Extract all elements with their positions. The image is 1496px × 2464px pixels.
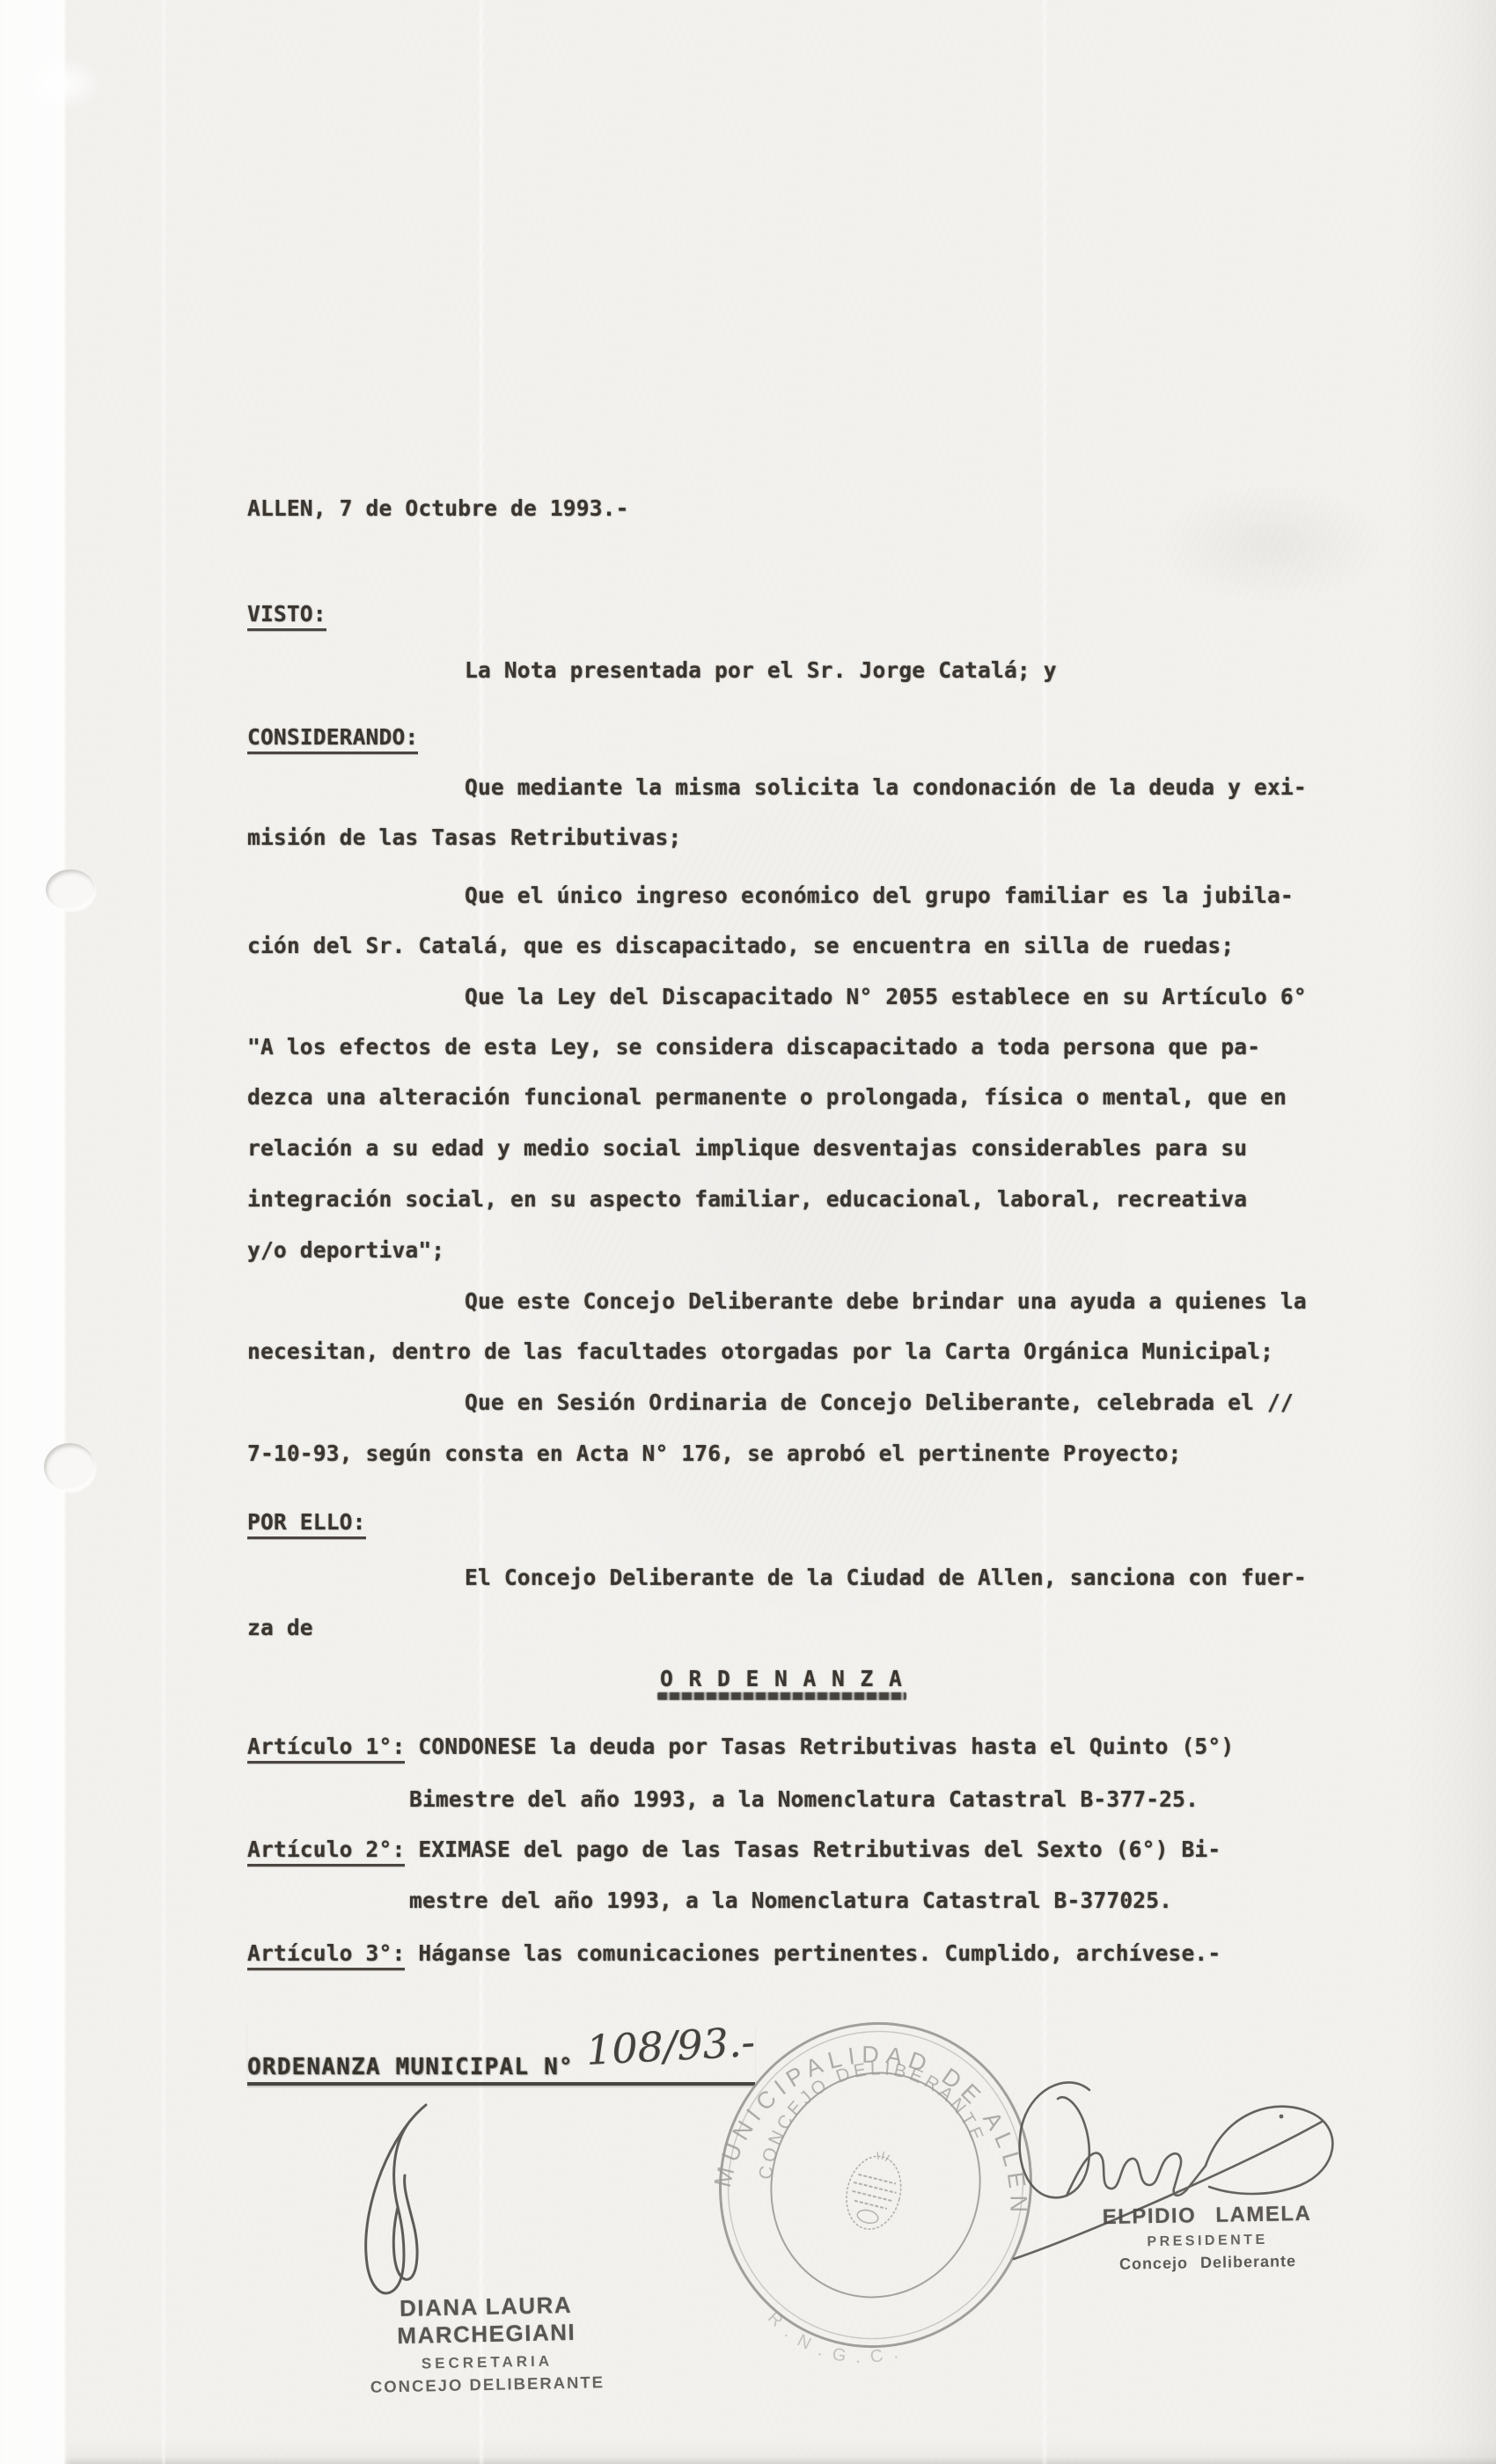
typed-line: ALLEN, 7 de Octubre de 1993.- xyxy=(247,495,629,521)
president-stamp: ELPIDIO LAMELA PRESIDENTE Concejo Delibe… xyxy=(1057,2201,1357,2275)
typed-line: Bimestre del año 1993, a la Nomenclatura… xyxy=(409,1786,1199,1812)
typed-line: Que el único ingreso económico del grupo… xyxy=(465,883,1294,908)
typed-line: za de xyxy=(247,1615,313,1640)
punch-hole-top xyxy=(46,869,95,910)
typed-line: Que mediante la misma solicita la condon… xyxy=(465,774,1307,800)
seal-inner-text: CONCEJO DELIBERANTE xyxy=(754,2033,1001,2230)
typed-line: dezca una alteración funcional permanent… xyxy=(247,1084,1287,1110)
seal-emblem xyxy=(840,2145,910,2235)
scanned-ordinance-page: ALLEN, 7 de Octubre de 1993.-VISTO:La No… xyxy=(0,0,1496,2464)
typed-line: Que este Concejo Deliberante debe brinda… xyxy=(465,1288,1307,1314)
typed-line: integración social, en su aspecto famili… xyxy=(247,1186,1247,1212)
secretary-stamp: DIANA LAURA MARCHEGIANI SECRETARIA CONCE… xyxy=(313,2290,660,2398)
secretary-name: DIANA LAURA MARCHEGIANI xyxy=(313,2290,659,2351)
president-name: ELPIDIO LAMELA xyxy=(1057,2201,1356,2231)
ordenanza-title-underline xyxy=(657,1692,906,1700)
typed-line: 7-10-93, según consta en Acta N° 176, se… xyxy=(247,1441,1181,1466)
president-title: PRESIDENTE xyxy=(1058,2231,1357,2252)
typed-line: mestre del año 1993, a la Nomenclatura C… xyxy=(409,1888,1172,1913)
punch-hole-bottom xyxy=(44,1443,95,1491)
typed-line: "A los efectos de esta Ley, se considera… xyxy=(247,1034,1260,1060)
typed-line: ción del Sr. Catalá, que es discapacitad… xyxy=(247,933,1234,958)
ordinance-number-line: ORDENANZA MUNICIPAL N°108/93.- xyxy=(247,2024,755,2086)
typed-line: Artículo 3°: Háganse las comunicaciones … xyxy=(247,1940,1221,1966)
typed-line: CONSIDERANDO: xyxy=(247,724,418,750)
svg-text:CONCEJO DELIBERANTE: CONCEJO DELIBERANTE xyxy=(754,2033,1001,2230)
typed-line: La Nota presentada por el Sr. Jorge Cata… xyxy=(465,657,1057,683)
typed-line: relación a su edad y medio social impliq… xyxy=(247,1135,1247,1161)
typed-line: Que en Sesión Ordinaria de Concejo Delib… xyxy=(465,1390,1294,1415)
seal-bottom-text: R.N.G.C. xyxy=(758,2306,914,2382)
typed-line: Que la Ley del Discapacitado N° 2055 est… xyxy=(465,984,1307,1009)
typed-line: Artículo 2°: EXIMASE del pago de las Tas… xyxy=(247,1837,1221,1862)
typed-line: O R D E N A N Z A xyxy=(660,1666,903,1691)
typed-line: Artículo 1°: CONDONESE la deuda por Tasa… xyxy=(247,1734,1234,1759)
typed-line: y/o deportiva"; xyxy=(247,1237,444,1263)
typed-line: necesitan, dentro de las facultades otor… xyxy=(247,1338,1273,1364)
typed-line: POR ELLO: xyxy=(247,1509,366,1535)
secretary-org: CONCEJO DELIBERANTE xyxy=(315,2372,660,2398)
secretary-title: SECRETARIA xyxy=(314,2350,659,2375)
typed-line: El Concejo Deliberante de la Ciudad de A… xyxy=(465,1565,1307,1590)
typed-line: misión de las Tasas Retributivas; xyxy=(247,825,681,850)
svg-text:R.N.G.C.: R.N.G.C. xyxy=(758,2306,914,2382)
ordinance-number-label: ORDENANZA MUNICIPAL N° xyxy=(247,2054,574,2080)
secretary-signature xyxy=(340,2096,472,2316)
typed-line: VISTO: xyxy=(247,601,326,627)
